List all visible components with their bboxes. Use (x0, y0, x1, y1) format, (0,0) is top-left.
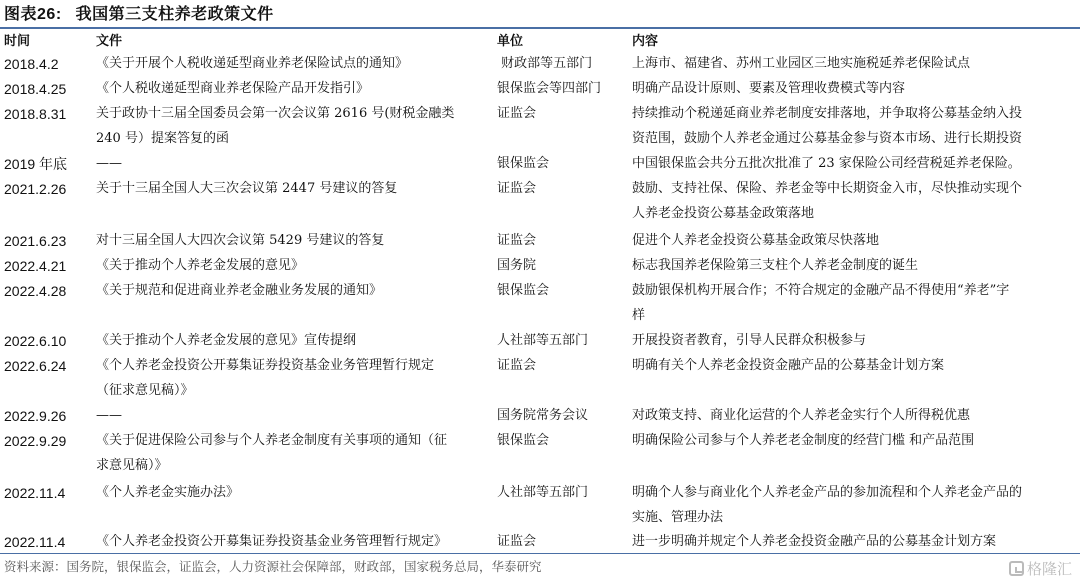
row-date: 2022.11.4 (4, 530, 94, 555)
row-file: —— (96, 404, 496, 429)
row-unit: 证监会 (497, 102, 627, 127)
row-unit: 财政部等五部门 (497, 52, 627, 77)
row-content: 对政策支持、商业化运营的个人养老金实行个人所得税优惠 (632, 404, 1072, 429)
figure-number: 26: (37, 6, 62, 23)
row-content: 明确个人参与商业化个人养老金产品的参加流程和个人养老金产品的 实施、管理办法 (632, 481, 1072, 530)
row-unit: 证监会 (497, 229, 627, 254)
watermark: 格隆汇 (1009, 558, 1072, 579)
row-file: 《关于促进保险公司参与个人养老金制度有关事项的通知（征 求意见稿）》 (96, 429, 496, 478)
row-file: 《个人税收递延型商业养老保险产品开发指引》 (96, 77, 496, 102)
row-file: 《个人养老金投资公开募集证券投资基金业务管理暂行规定 （征求意见稿）》 (96, 354, 496, 403)
row-content: 持续推动个税递延商业养老制度安排落地，并争取将公募基金纳入投 资范围，鼓励个人养… (632, 102, 1072, 151)
gelonghui-logo-icon (1009, 561, 1024, 576)
row-content: 明确保险公司参与个人养老老金制度的经营门槛 和产品范围 (632, 429, 1072, 454)
row-content: 中国银保监会共分五批次批准了 23 家保险公司经营税延养老保险。 (632, 152, 1072, 177)
row-file: —— (96, 152, 496, 177)
top-rule-divider (0, 27, 1080, 29)
header-unit: 单位 (497, 30, 627, 55)
row-date: 2018.8.31 (4, 102, 94, 127)
watermark-text: 格隆汇 (1027, 558, 1072, 579)
row-unit: 银保监会 (497, 279, 627, 304)
row-unit: 人社部等五部门 (497, 481, 627, 506)
row-content: 开展投资者教育，引导人民群众积极参与 (632, 329, 1072, 354)
row-date: 2022.9.26 (4, 404, 94, 429)
row-file: 《关于规范和促进商业养老金融业务发展的通知》 (96, 279, 496, 304)
header-content: 内容 (632, 30, 1072, 55)
row-date: 2022.6.24 (4, 354, 94, 379)
row-content: 鼓励银保机构开展合作；不符合规定的金融产品不得使用“养老”字 样 (632, 279, 1072, 328)
row-content: 上海市、福建省、苏州工业园区三地实施税延养老保险试点 (632, 52, 1072, 77)
figure-title-prefix: 图表 (4, 4, 37, 23)
row-unit: 银保监会 (497, 152, 627, 177)
row-date: 2018.4.2 (4, 52, 94, 77)
row-unit: 银保监会 (497, 429, 627, 454)
figure-title: 图表26:我国第三支柱养老政策文件 (4, 2, 274, 26)
row-unit: 证监会 (497, 530, 627, 555)
row-content: 鼓励、支持社保、保险、养老金等中长期资金入市，尽快推动实现个 人养老金投资公募基… (632, 177, 1072, 226)
source-note: 资料来源：国务院，银保监会，证监会，人力资源社会保障部，财政部，国家税务总局，华… (4, 556, 542, 578)
row-file: 对十三届全国人大四次会议第 5429 号建议的答复 (96, 229, 496, 254)
row-unit: 国务院常务会议 (497, 404, 627, 429)
row-date: 2022.4.28 (4, 279, 94, 304)
row-content: 明确有关个人养老金投资金融产品的公募基金计划方案 (632, 354, 1072, 379)
row-file: 《个人养老金实施办法》 (96, 481, 496, 506)
row-date: 2022.4.21 (4, 254, 94, 279)
row-unit: 人社部等五部门 (497, 329, 627, 354)
row-file: 《个人养老金投资公开募集证券投资基金业务管理暂行规定》 (96, 530, 496, 555)
row-file: 关于政协十三届全国委员会第一次会议第 2616 号(财税金融类 240 号）提案… (96, 102, 496, 151)
bottom-rule-divider (0, 553, 1080, 554)
row-unit: 证监会 (497, 177, 627, 202)
row-unit: 银保监会等四部门 (497, 77, 627, 102)
figure-title-text: 我国第三支柱养老政策文件 (76, 4, 274, 23)
row-file: 《关于推动个人养老金发展的意见》 (96, 254, 496, 279)
row-file: 《关于开展个人税收递延型商业养老保险试点的通知》 (96, 52, 496, 77)
row-date: 2021.6.23 (4, 229, 94, 254)
row-content: 标志我国养老保险第三支柱个人养老金制度的诞生 (632, 254, 1072, 279)
row-date: 2021.2.26 (4, 177, 94, 202)
row-content: 促进个人养老金投资公募基金政策尽快落地 (632, 229, 1072, 254)
row-file: 《关于推动个人养老金发展的意见》宣传提纲 (96, 329, 496, 354)
row-content: 进一步明确并规定个人养老金投资金融产品的公募基金计划方案 (632, 530, 1072, 555)
row-file: 关于十三届全国人大三次会议第 2447 号建议的答复 (96, 177, 496, 202)
row-date: 2018.4.25 (4, 77, 94, 102)
row-date: 2022.6.10 (4, 329, 94, 354)
row-date: 2019 年底 (4, 152, 94, 177)
row-date: 2022.9.29 (4, 429, 94, 454)
row-unit: 国务院 (497, 254, 627, 279)
row-unit: 证监会 (497, 354, 627, 379)
row-content: 明确产品设计原则、要素及管理收费模式等内容 (632, 77, 1072, 102)
header-file: 文件 (96, 30, 496, 55)
header-date: 时间 (4, 30, 94, 55)
row-date: 2022.11.4 (4, 481, 94, 506)
